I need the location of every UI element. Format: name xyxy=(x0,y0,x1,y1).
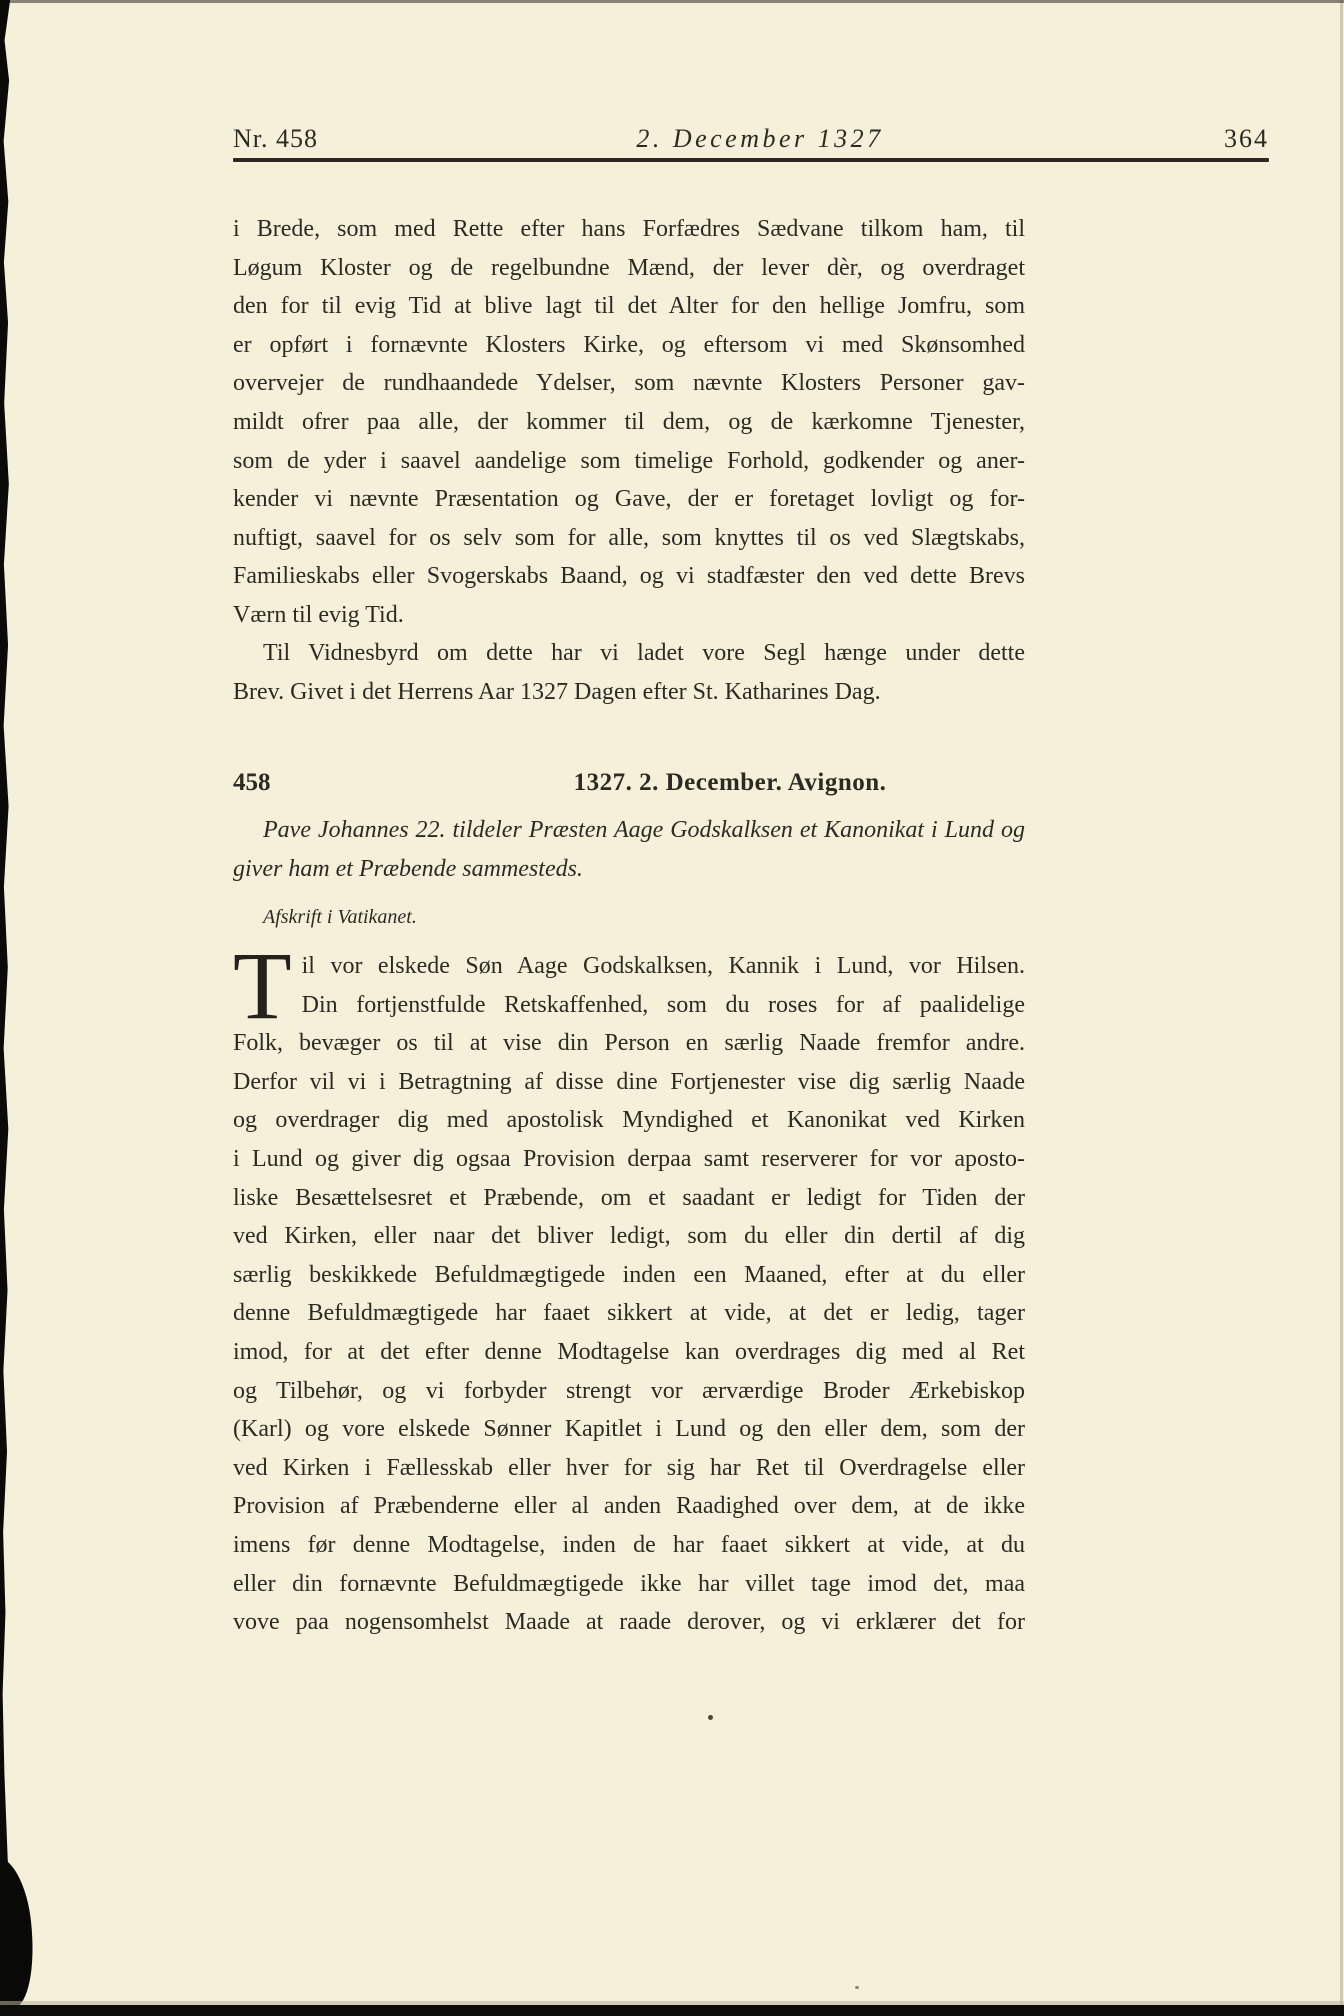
text-line: Løgum Kloster og de regelbundne Mænd, de… xyxy=(233,249,1025,288)
header-page-number: 364 xyxy=(1224,124,1269,154)
text-line: denne Befuldmægtigede har faaet sikkert … xyxy=(233,1294,1025,1333)
doc458-heading: 458 1327. 2. December. Avignon. xyxy=(233,764,1025,804)
dropcap-T: T xyxy=(233,949,292,1023)
scan-bottom-bar xyxy=(0,2005,1344,2016)
scan-right-edge xyxy=(1340,0,1343,2016)
text-line: i Brede, som med Rette efter hans Forfæd… xyxy=(233,210,1025,249)
running-header: Nr. 458 2. December 1327 364 xyxy=(233,114,1269,156)
text-line: nuftigt, saavel for os selv som for alle… xyxy=(233,519,1025,558)
text-line: særlig beskikkede Befuldmægtigede inden … xyxy=(233,1256,1025,1295)
text-line: overvejer de rundhaandede Ydelser, som n… xyxy=(233,364,1025,403)
text-line: eller din fornævnte Befuldmægtigede ikke… xyxy=(233,1565,1025,1604)
text-line: kender vi nævnte Præsentation og Gave, d… xyxy=(233,480,1025,519)
text-line: liske Besættelsesret et Præbende, om et … xyxy=(233,1179,1025,1218)
text-line: og overdrager dig med apostolisk Myndigh… xyxy=(233,1101,1025,1140)
scanned-book-page: Nr. 458 2. December 1327 364 i Brede, so… xyxy=(0,0,1344,2016)
text-line: Derfor vil vi i Betragtning af disse din… xyxy=(233,1063,1025,1102)
doc457-closing: Til Vidnesbyrd om dette har vi ladet vor… xyxy=(233,634,1025,711)
header-rule xyxy=(233,158,1269,162)
text-line: imens før denne Modtagelse, inden de har… xyxy=(233,1526,1025,1565)
text-line: Provision af Præbenderne eller al anden … xyxy=(233,1487,1025,1526)
doc458-number: 458 xyxy=(233,764,271,803)
text-line: som de yder i saavel aandelige som timel… xyxy=(233,442,1025,481)
doc458-body-lines: il vor elskede Søn Aage Godskalksen, Kan… xyxy=(233,947,1025,1642)
doc458-dateline: 1327. 2. December. Avignon. xyxy=(574,764,887,803)
text-line: vove paa nogensomhelst Maade at raade de… xyxy=(233,1603,1025,1642)
text-line: Værn til evig Tid. xyxy=(233,596,1025,635)
doc457-continuation: i Brede, som med Rette efter hans Forfæd… xyxy=(233,210,1025,635)
text-line: mildt ofrer paa alle, der kommer til dem… xyxy=(233,403,1025,442)
text-line: den for til evig Tid at blive lagt til d… xyxy=(233,287,1025,326)
doc458-body: T il vor elskede Søn Aage Godskalksen, K… xyxy=(233,947,1025,1642)
text-line: il vor elskede Søn Aage Godskalksen, Kan… xyxy=(233,947,1025,986)
doc458-regest: Pave Johannes 22. tildeler Præsten Aage … xyxy=(233,811,1025,888)
text-line: ved Kirken i Fællesskab eller hver for s… xyxy=(233,1449,1025,1488)
text-line: Pave Johannes 22. tildeler Præsten Aage … xyxy=(233,811,1025,850)
text-line: imod, for at det efter denne Modtagelse … xyxy=(233,1333,1025,1372)
text-line: Folk, bevæger os til at vise din Person … xyxy=(233,1024,1025,1063)
text-line: ved Kirken, eller naar det bliver ledigt… xyxy=(233,1217,1025,1256)
text-line: Brev. Givet i det Herrens Aar 1327 Dagen… xyxy=(233,673,1025,712)
text-line: og Tilbehør, og vi forbyder strengt vor … xyxy=(233,1372,1025,1411)
doc458-source-note: Afskrift i Vatikanet. xyxy=(263,903,417,931)
paper-speck xyxy=(708,1715,713,1720)
scan-left-ragged-edge xyxy=(0,0,13,2016)
text-line: i Lund og giver dig ogsaa Provision derp… xyxy=(233,1140,1025,1179)
text-line: Familieskabs eller Svogerskabs Baand, og… xyxy=(233,557,1025,596)
text-line: (Karl) og vore elskede Sønner Kapitlet i… xyxy=(233,1410,1025,1449)
header-date: 2. December 1327 xyxy=(636,124,883,154)
text-line: Din fortjenstfulde Retskaffenhed, som du… xyxy=(233,986,1025,1025)
text-line: er opført i fornævnte Klosters Kirke, og… xyxy=(233,326,1025,365)
text-line: giver ham et Præbende sammesteds. xyxy=(233,850,1025,889)
scan-top-edge xyxy=(0,0,1344,3)
text-line: Til Vidnesbyrd om dette har vi ladet vor… xyxy=(233,634,1025,673)
header-doc-number: Nr. 458 xyxy=(233,124,318,154)
paper-speck xyxy=(855,1986,859,1989)
